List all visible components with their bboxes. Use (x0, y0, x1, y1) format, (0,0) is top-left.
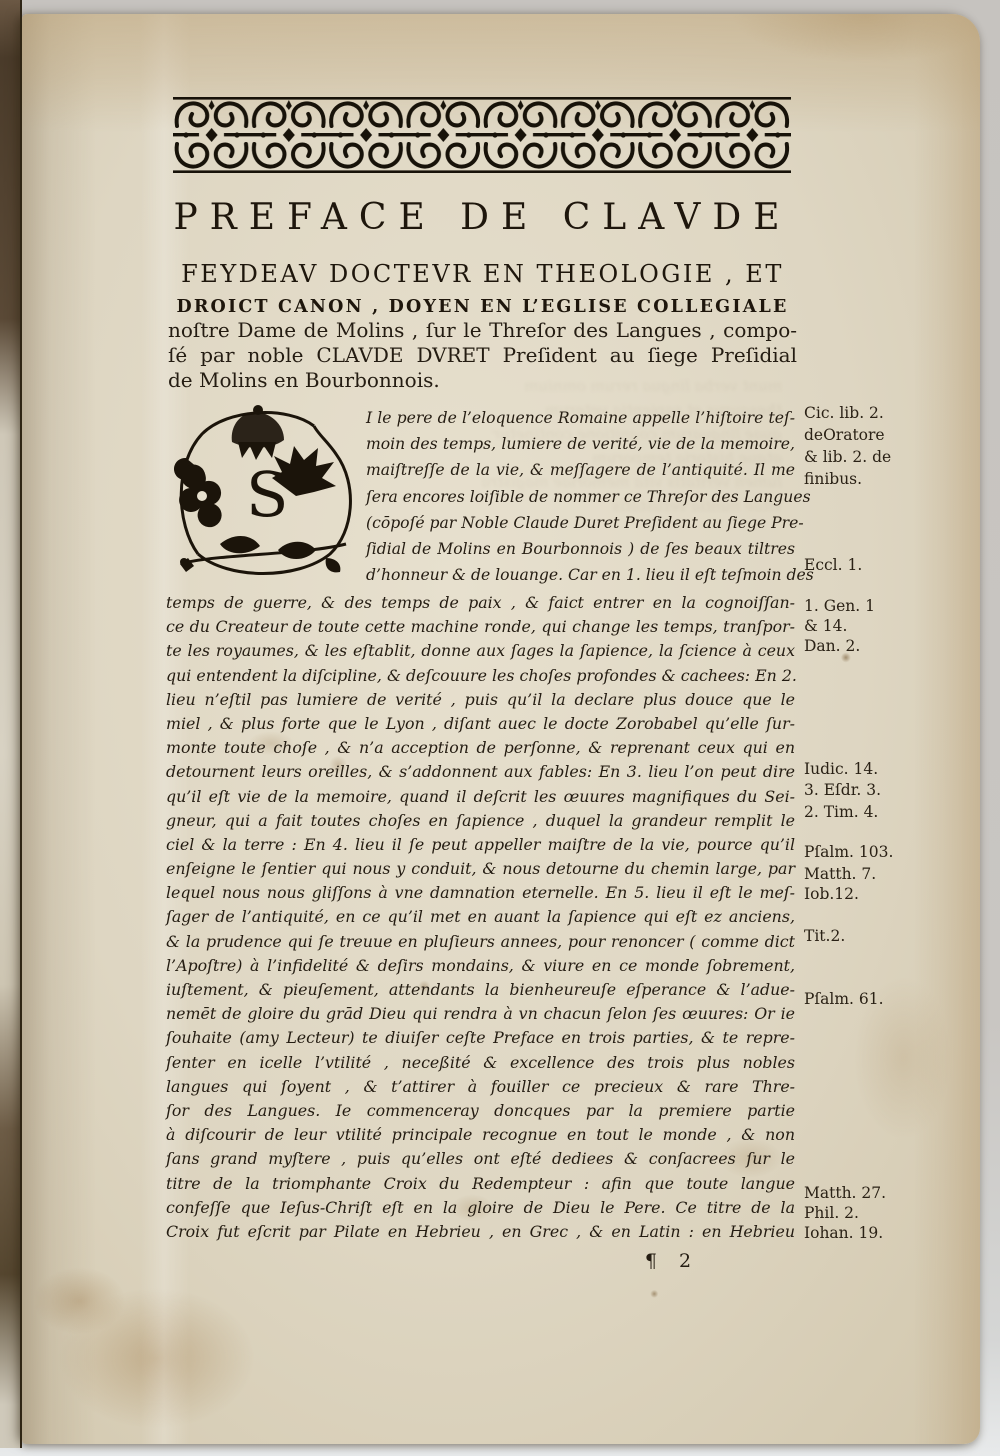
body-text-line: lequel nous nous gliſſons à vne damnatio… (166, 881, 795, 905)
margin-note: 2. Tim. 4. (804, 803, 994, 821)
margin-note: deOratore (804, 426, 994, 444)
margin-note: Iohan. 19. (804, 1224, 994, 1242)
body-text-line: ce du Createur de toute cette machine ro… (166, 615, 795, 639)
page-title: PREFACE DE CLAVDE (168, 197, 797, 238)
title-line-3: DROICT CANON , DOYEN EN L’EGLISE COLLEGI… (168, 297, 797, 317)
margin-note: Pſalm. 103. (804, 843, 994, 861)
paragraph-line: d’honneur & de louange. Car en 1. lieu i… (366, 562, 795, 588)
body-text-line: ſans grand myſtere , puis qu’elles ont e… (166, 1147, 795, 1171)
body-text-line: & la prudence qui ſe treuue en pluſieurs… (166, 930, 795, 954)
margin-note: Tit.2. (804, 927, 994, 945)
body-text-line: nemēt de gloire du grād Dieu qui rendra … (166, 1002, 795, 1026)
body-text-line: ſor des Langues. Ie commenceray doncques… (166, 1099, 795, 1123)
body-text-line: qui entendent la diſcipline, & deſcouure… (166, 664, 795, 688)
body-text-line: ſenter en icelle l’vtilité , neceßité & … (166, 1051, 795, 1075)
margin-note: Matth. 7. (804, 865, 994, 883)
margin-note: Pſalm. 61. (804, 990, 994, 1008)
title-line-2: FEYDEAV DOCTEVR EN THEOLOGIE , ET (168, 260, 797, 288)
paragraph-line: I le pere de l’eloquence Romaine appelle… (366, 405, 795, 431)
margin-note: finibus. (804, 470, 994, 488)
margin-note: Iudic. 14. (804, 760, 994, 778)
body-text-line: temps de guerre, & des temps de paix , &… (166, 591, 795, 615)
body-text-line: monte toute choſe , & n’a acception de p… (166, 736, 795, 760)
body-text-line: qu’il eſt vie de la memoire, quand il de… (166, 785, 795, 809)
margin-note: Matth. 27. (804, 1184, 994, 1202)
book-gutter-edge (0, 0, 22, 1448)
paragraph-line: ſidial de Molins en Bourbonnois ) de ſes… (366, 536, 795, 562)
body-text-line: miel , & plus forte que le Lyon , diſant… (166, 712, 795, 736)
book-page: munt verba lingua rerum omnium thesaurus… (22, 14, 980, 1444)
margin-note: Cic. lib. 2. (804, 404, 994, 422)
margin-note: & 14. (804, 617, 994, 635)
margin-note: 3. Eſdr. 3. (804, 781, 994, 799)
paragraph-line: moin des temps, lumiere de verité, vie d… (366, 431, 795, 457)
body-text-line: lieu n’eſtil pas lumiere de verité , pui… (166, 688, 795, 712)
dropcap-letter: S (246, 458, 288, 531)
title-line-5: ſé par noble CLAVDE DVRET Preſident au ſ… (168, 343, 797, 367)
paragraph-line: ſera encores loiſible de nommer ce Threſ… (366, 484, 795, 510)
body-text-line: te les royaumes, & les eſtablit, donne a… (166, 639, 795, 663)
body-text-line: à diſcourir de leur vtilité principale r… (166, 1123, 795, 1147)
body-text-line: langues qui ſoyent , & t’attirer à fouil… (166, 1075, 795, 1099)
body-text-line: titre de la triomphante Croix du Redempt… (166, 1172, 795, 1196)
paragraph-line: maiſtreſſe de la vie, & meſſagere de l’a… (366, 457, 795, 483)
body-text-line: l’Apoſtre) à l’infidelité & deſirs monda… (166, 954, 795, 978)
body-text-line: gneur, qui a fait toutes choſes en ſapie… (166, 809, 795, 833)
body-text-line: iuſtement, & pieuſement, attendants la b… (166, 978, 795, 1002)
signature-mark: ¶ 2 (602, 1250, 742, 1272)
title-line-4: noſtre Dame de Molins , ſur le Threſor d… (168, 318, 797, 342)
paragraph-line: (cōpoſé par Noble Claude Duret Preſident… (366, 510, 795, 536)
body-text-line: enſeigne le ſentier qui nous y conduit, … (166, 857, 795, 881)
margin-note: Iob.12. (804, 885, 994, 903)
headpiece-scroll-ornament-icon (173, 97, 791, 173)
body-text-line: ſager de l’antiquité, en ce qu’il met en… (166, 905, 795, 929)
body-text-line: Croix fut eſcrit par Pilate en Hebrieu ,… (166, 1220, 795, 1244)
margin-note: & lib. 2. de (804, 448, 994, 466)
opening-paragraph: I le pere de l’eloquence Romaine appelle… (366, 405, 795, 588)
floral-woodcut-initial-icon: S (168, 404, 364, 588)
margin-note: Eccl. 1. (804, 556, 994, 574)
body-text-line: detournent leurs oreilles, & s’addonnent… (166, 760, 795, 784)
body-text: temps de guerre, & des temps de paix , &… (166, 591, 795, 1244)
body-text-line: ciel & la terre : En 4. lieu il ſe peut … (166, 833, 795, 857)
margin-note: Phil. 2. (804, 1204, 994, 1222)
margin-note: 1. Gen. 1 (804, 597, 994, 615)
margin-note: Dan. 2. (804, 637, 994, 655)
body-text-line: confeſſe que Ieſus-Chriſt eſt en la gloi… (166, 1196, 795, 1220)
title-line-6: de Molins en Bourbonnois. (168, 368, 797, 392)
body-text-line: ſouhaite (amy Lecteur) te diuiſer ceſte … (166, 1026, 795, 1050)
